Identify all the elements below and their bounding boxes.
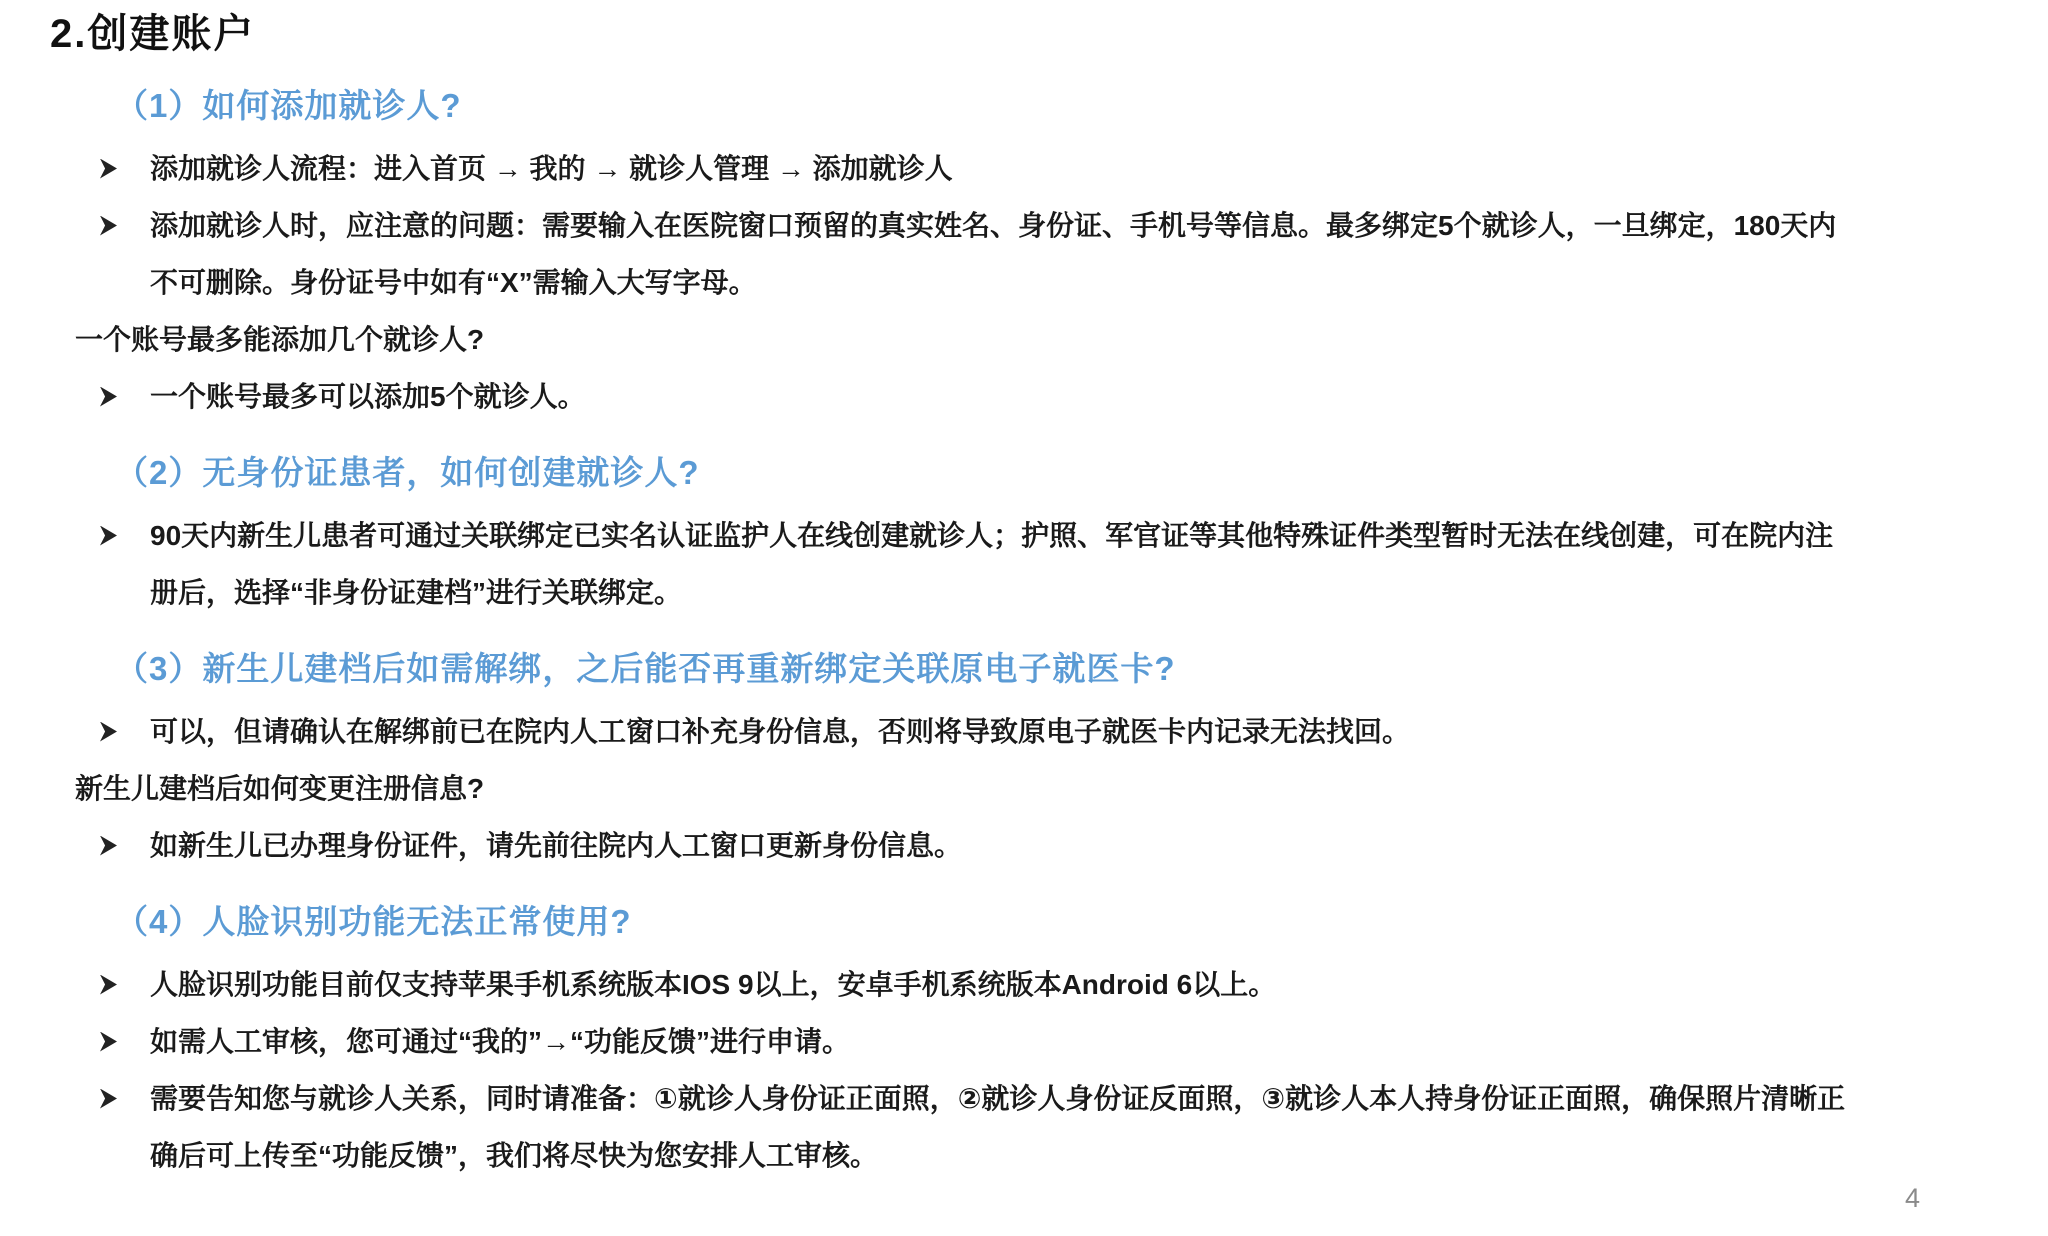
section-heading: （3）新生儿建档后如需解绑，之后能否再重新绑定关联原电子就医卡?: [115, 649, 1853, 689]
section-3: （3）新生儿建档后如需解绑，之后能否再重新绑定关联原电子就医卡? 可以，但请确认…: [0, 649, 1853, 874]
section-2: （2）无身份证患者，如何创建就诊人? 90天内新生儿患者可通过关联绑定已实名认证…: [0, 453, 1853, 621]
list-item-text: 如新生儿已办理身份证件，请先前往院内人工窗口更新身份信息。: [150, 817, 1853, 874]
list-item: 添加就诊人时，应注意的问题：需要输入在医院窗口预留的真实姓名、身份证、手机号等信…: [100, 197, 1853, 311]
arrow-bullet-icon: [100, 817, 150, 874]
list-item-text: 一个账号最多可以添加5个就诊人。: [150, 368, 1853, 425]
list-item-text: 添加就诊人时，应注意的问题：需要输入在医院窗口预留的真实姓名、身份证、手机号等信…: [150, 197, 1853, 311]
list-item-text: 如需人工审核，您可通过“我的”→“功能反馈”进行申请。: [150, 1013, 1853, 1070]
document-page: 2.创建账户 （1）如何添加就诊人? 添加就诊人流程：进入首页 → 我的 → 就…: [0, 0, 2048, 1236]
arrow-bullet-icon: [100, 140, 150, 197]
list-item-text: 需要告知您与就诊人关系，同时请准备：①就诊人身份证正面照，②就诊人身份证反面照，…: [150, 1070, 1853, 1184]
page-title: 2.创建账户: [50, 10, 1853, 58]
arrow-bullet-icon: [100, 1070, 150, 1127]
arrow-bullet-icon: [100, 507, 150, 564]
arrow-bullet-icon: [100, 956, 150, 1013]
list-item-text: 人脸识别功能目前仅支持苹果手机系统版本IOS 9以上，安卓手机系统版本Andro…: [150, 956, 1853, 1013]
arrow-bullet-icon: [100, 197, 150, 254]
arrow-bullet-icon: [100, 368, 150, 425]
section-heading: （4）人脸识别功能无法正常使用?: [115, 902, 1853, 942]
list-item: 需要告知您与就诊人关系，同时请准备：①就诊人身份证正面照，②就诊人身份证反面照，…: [100, 1070, 1853, 1184]
section-heading: （2）无身份证患者，如何创建就诊人?: [115, 453, 1853, 493]
arrow-bullet-icon: [100, 703, 150, 760]
list-item-text: 添加就诊人流程：进入首页 → 我的 → 就诊人管理 → 添加就诊人: [150, 140, 1853, 197]
list-item: 90天内新生儿患者可通过关联绑定已实名认证监护人在线创建就诊人；护照、军官证等其…: [100, 507, 1853, 621]
list-item: 如新生儿已办理身份证件，请先前往院内人工窗口更新身份信息。: [100, 817, 1853, 874]
question-text: 一个账号最多能添加几个就诊人?: [75, 311, 1853, 368]
question-text: 新生儿建档后如何变更注册信息?: [75, 760, 1853, 817]
list-item: 人脸识别功能目前仅支持苹果手机系统版本IOS 9以上，安卓手机系统版本Andro…: [100, 956, 1853, 1013]
section-1: （1）如何添加就诊人? 添加就诊人流程：进入首页 → 我的 → 就诊人管理 → …: [0, 86, 1853, 425]
list-item-text: 可以，但请确认在解绑前已在院内人工窗口补充身份信息，否则将导致原电子就医卡内记录…: [150, 703, 1853, 760]
page-number: 4: [1905, 1183, 1920, 1214]
section-heading: （1）如何添加就诊人?: [115, 86, 1853, 126]
section-4: （4）人脸识别功能无法正常使用? 人脸识别功能目前仅支持苹果手机系统版本IOS …: [0, 902, 1853, 1184]
arrow-bullet-icon: [100, 1013, 150, 1070]
list-item-text: 90天内新生儿患者可通过关联绑定已实名认证监护人在线创建就诊人；护照、军官证等其…: [150, 507, 1853, 621]
list-item: 添加就诊人流程：进入首页 → 我的 → 就诊人管理 → 添加就诊人: [100, 140, 1853, 197]
list-item: 可以，但请确认在解绑前已在院内人工窗口补充身份信息，否则将导致原电子就医卡内记录…: [100, 703, 1853, 760]
list-item: 一个账号最多可以添加5个就诊人。: [100, 368, 1853, 425]
list-item: 如需人工审核，您可通过“我的”→“功能反馈”进行申请。: [100, 1013, 1853, 1070]
